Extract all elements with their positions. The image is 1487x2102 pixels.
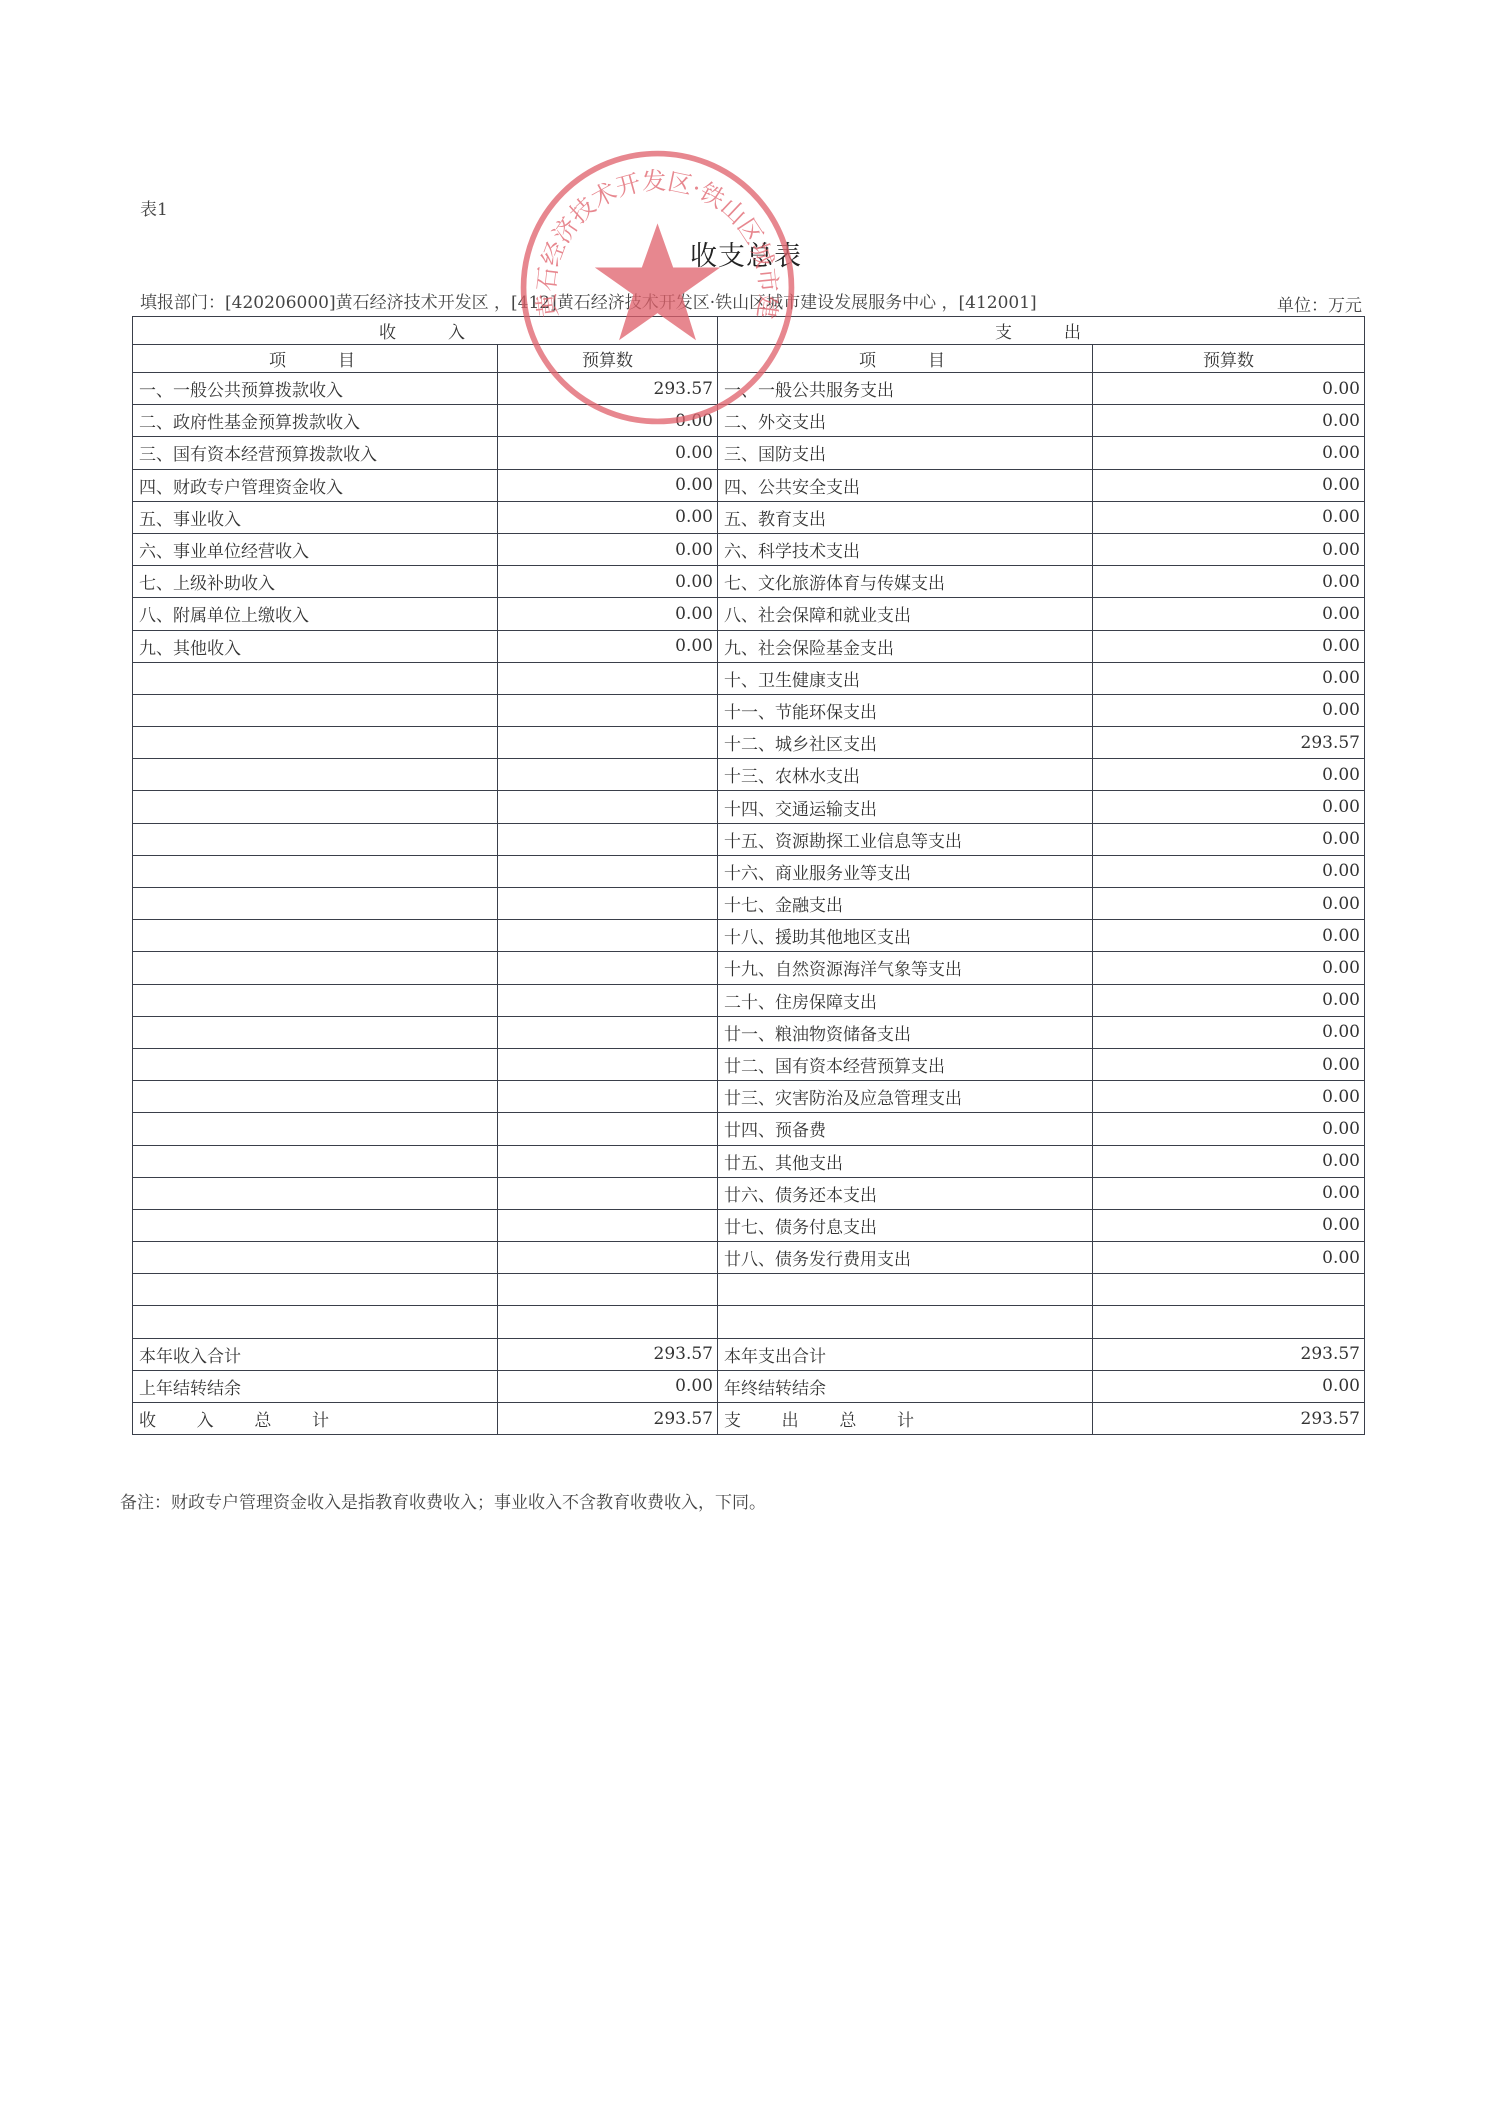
income-value-cell: 0.00 bbox=[498, 598, 718, 630]
table-label: 表1 bbox=[140, 195, 168, 220]
income-total-label: 本年收入合计 bbox=[133, 1338, 498, 1370]
expense-value-cell: 0.00 bbox=[1093, 855, 1365, 887]
expense-item-cell: 七、文化旅游体育与传媒支出 bbox=[718, 566, 1093, 598]
expense-item-cell: 十九、自然资源海洋气象等支出 bbox=[718, 952, 1093, 984]
expense-item-cell: 十一、节能环保支出 bbox=[718, 694, 1093, 726]
table-row: 廿一、粮油物资储备支出0.00 bbox=[133, 1016, 1365, 1048]
expense-value-cell: 0.00 bbox=[1093, 1177, 1365, 1209]
expense-value-cell: 0.00 bbox=[1093, 501, 1365, 533]
income-header: 收 入 bbox=[133, 317, 718, 345]
table-row: 十三、农林水支出0.00 bbox=[133, 759, 1365, 791]
income-expense-table: 收 入 支 出 项 目 预算数 项 目 预算数 一、一般公共预算拨款收入293.… bbox=[132, 316, 1365, 1435]
expense-item-cell: 廿八、债务发行费用支出 bbox=[718, 1242, 1093, 1274]
expense-value-cell: 0.00 bbox=[1093, 1048, 1365, 1080]
expense-item-cell: 十、卫生健康支出 bbox=[718, 662, 1093, 694]
expense-item-cell: 廿七、债务付息支出 bbox=[718, 1209, 1093, 1241]
table-row: 十、卫生健康支出0.00 bbox=[133, 662, 1365, 694]
income-item-cell bbox=[133, 791, 498, 823]
income-item-cell bbox=[133, 727, 498, 759]
income-value-cell: 0.00 bbox=[498, 437, 718, 469]
expense-value-cell bbox=[1093, 1306, 1365, 1338]
table-row: 五、事业收入0.00五、教育支出0.00 bbox=[133, 501, 1365, 533]
expense-item-cell: 十七、金融支出 bbox=[718, 888, 1093, 920]
expense-value-cell: 0.00 bbox=[1093, 952, 1365, 984]
expense-total-value: 293.57 bbox=[1093, 1338, 1365, 1370]
total-row: 本年收入合计293.57本年支出合计293.57 bbox=[133, 1338, 1365, 1370]
table-row: 四、财政专户管理资金收入0.00四、公共安全支出0.00 bbox=[133, 469, 1365, 501]
table-row: 廿二、国有资本经营预算支出0.00 bbox=[133, 1048, 1365, 1080]
income-value-cell bbox=[498, 1306, 718, 1338]
income-item-cell bbox=[133, 1209, 498, 1241]
expense-value-cell: 0.00 bbox=[1093, 437, 1365, 469]
income-item-cell bbox=[133, 662, 498, 694]
income-total-value: 0.00 bbox=[498, 1370, 718, 1402]
income-item-cell: 八、附属单位上缴收入 bbox=[133, 598, 498, 630]
expense-item-cell: 廿二、国有资本经营预算支出 bbox=[718, 1048, 1093, 1080]
income-item-cell bbox=[133, 1242, 498, 1274]
income-item-cell bbox=[133, 1177, 498, 1209]
expense-value-cell: 0.00 bbox=[1093, 469, 1365, 501]
expense-value-cell: 0.00 bbox=[1093, 566, 1365, 598]
expense-value-cell: 0.00 bbox=[1093, 1145, 1365, 1177]
income-item-cell bbox=[133, 694, 498, 726]
income-value-cell bbox=[498, 759, 718, 791]
income-item-cell bbox=[133, 888, 498, 920]
income-value-cell bbox=[498, 984, 718, 1016]
income-value-cell bbox=[498, 791, 718, 823]
footnote: 备注：财政专户管理资金收入是指教育收费收入；事业收入不含教育收费收入，下同。 bbox=[120, 1488, 766, 1513]
income-item-cell: 二、政府性基金预算拨款收入 bbox=[133, 405, 498, 437]
expense-value-cell: 0.00 bbox=[1093, 630, 1365, 662]
table-row: 十五、资源勘探工业信息等支出0.00 bbox=[133, 823, 1365, 855]
filler-department: 填报部门：[420206000]黄石经济技术开发区 ，[412]黄石经济技术开发… bbox=[140, 288, 1037, 313]
income-value-cell bbox=[498, 662, 718, 694]
table-row: 廿八、债务发行费用支出0.00 bbox=[133, 1242, 1365, 1274]
total-row: 收入总计293.57支出总计293.57 bbox=[133, 1403, 1365, 1435]
page-title: 收支总表 bbox=[690, 234, 802, 273]
income-budget-col-header: 预算数 bbox=[498, 345, 718, 373]
income-value-cell bbox=[498, 1177, 718, 1209]
income-total-label: 收入总计 bbox=[133, 1403, 498, 1435]
table-row: 六、事业单位经营收入0.00六、科学技术支出0.00 bbox=[133, 533, 1365, 565]
unit-label: 单位：万元 bbox=[1277, 291, 1362, 316]
expense-item-cell bbox=[718, 1306, 1093, 1338]
table-row: 十八、援助其他地区支出0.00 bbox=[133, 920, 1365, 952]
table-row: 十二、城乡社区支出293.57 bbox=[133, 727, 1365, 759]
expense-item-col-header: 项 目 bbox=[718, 345, 1093, 373]
expense-value-cell: 0.00 bbox=[1093, 373, 1365, 405]
expense-value-cell: 0.00 bbox=[1093, 1081, 1365, 1113]
expense-item-cell: 廿六、债务还本支出 bbox=[718, 1177, 1093, 1209]
income-item-cell: 一、一般公共预算拨款收入 bbox=[133, 373, 498, 405]
income-item-cell bbox=[133, 1081, 498, 1113]
table-row: 十一、节能环保支出0.00 bbox=[133, 694, 1365, 726]
expense-value-cell: 293.57 bbox=[1093, 727, 1365, 759]
income-item-cell bbox=[133, 1274, 498, 1306]
expense-item-cell: 廿五、其他支出 bbox=[718, 1145, 1093, 1177]
expense-value-cell: 0.00 bbox=[1093, 598, 1365, 630]
expense-value-cell: 0.00 bbox=[1093, 533, 1365, 565]
income-value-cell: 0.00 bbox=[498, 566, 718, 598]
expense-item-cell: 十四、交通运输支出 bbox=[718, 791, 1093, 823]
expense-total-label: 支出总计 bbox=[718, 1403, 1093, 1435]
table-row bbox=[133, 1274, 1365, 1306]
table-row: 廿七、债务付息支出0.00 bbox=[133, 1209, 1365, 1241]
expense-item-cell: 十五、资源勘探工业信息等支出 bbox=[718, 823, 1093, 855]
expense-value-cell: 0.00 bbox=[1093, 759, 1365, 791]
expense-value-cell: 0.00 bbox=[1093, 920, 1365, 952]
income-value-cell bbox=[498, 1016, 718, 1048]
table-row: 廿三、灾害防治及应急管理支出0.00 bbox=[133, 1081, 1365, 1113]
income-value-cell bbox=[498, 1209, 718, 1241]
expense-item-cell: 十八、援助其他地区支出 bbox=[718, 920, 1093, 952]
income-item-cell bbox=[133, 1016, 498, 1048]
table-row bbox=[133, 1306, 1365, 1338]
income-value-cell: 0.00 bbox=[498, 405, 718, 437]
expense-item-cell: 十六、商业服务业等支出 bbox=[718, 855, 1093, 887]
expense-item-cell: 五、教育支出 bbox=[718, 501, 1093, 533]
expense-value-cell: 0.00 bbox=[1093, 1113, 1365, 1145]
total-row: 上年结转结余0.00年终结转结余0.00 bbox=[133, 1370, 1365, 1402]
income-item-cell bbox=[133, 855, 498, 887]
income-total-value: 293.57 bbox=[498, 1338, 718, 1370]
expense-budget-col-header: 预算数 bbox=[1093, 345, 1365, 373]
income-item-cell: 五、事业收入 bbox=[133, 501, 498, 533]
income-item-cell: 六、事业单位经营收入 bbox=[133, 533, 498, 565]
expense-item-cell: 十二、城乡社区支出 bbox=[718, 727, 1093, 759]
income-item-cell bbox=[133, 1306, 498, 1338]
income-item-cell bbox=[133, 1145, 498, 1177]
income-item-cell: 三、国有资本经营预算拨款收入 bbox=[133, 437, 498, 469]
expense-value-cell: 0.00 bbox=[1093, 694, 1365, 726]
income-value-cell: 0.00 bbox=[498, 501, 718, 533]
expense-item-cell: 九、社会保险基金支出 bbox=[718, 630, 1093, 662]
expense-item-cell: 三、国防支出 bbox=[718, 437, 1093, 469]
expense-header: 支 出 bbox=[718, 317, 1365, 345]
section-header-row: 收 入 支 出 bbox=[133, 317, 1365, 345]
filler-value: [420206000]黄石经济技术开发区 ，[412]黄石经济技术开发区·铁山区… bbox=[225, 293, 1037, 313]
table-row: 廿四、预备费0.00 bbox=[133, 1113, 1365, 1145]
filler-label: 填报部门： bbox=[140, 293, 225, 313]
table-row: 九、其他收入0.00九、社会保险基金支出0.00 bbox=[133, 630, 1365, 662]
income-value-cell bbox=[498, 1113, 718, 1145]
table-row: 廿六、债务还本支出0.00 bbox=[133, 1177, 1365, 1209]
table-row: 八、附属单位上缴收入0.00八、社会保障和就业支出0.00 bbox=[133, 598, 1365, 630]
expense-item-cell: 四、公共安全支出 bbox=[718, 469, 1093, 501]
expense-item-cell: 二十、住房保障支出 bbox=[718, 984, 1093, 1016]
income-value-cell bbox=[498, 727, 718, 759]
income-value-cell bbox=[498, 888, 718, 920]
income-value-cell: 0.00 bbox=[498, 469, 718, 501]
table-row: 十六、商业服务业等支出0.00 bbox=[133, 855, 1365, 887]
table-row: 一、一般公共预算拨款收入293.57一、一般公共服务支出0.00 bbox=[133, 373, 1365, 405]
table-row: 七、上级补助收入0.00七、文化旅游体育与传媒支出0.00 bbox=[133, 566, 1365, 598]
expense-value-cell bbox=[1093, 1274, 1365, 1306]
income-item-cell: 四、财政专户管理资金收入 bbox=[133, 469, 498, 501]
table-row: 十九、自然资源海洋气象等支出0.00 bbox=[133, 952, 1365, 984]
income-value-cell bbox=[498, 952, 718, 984]
income-value-cell: 0.00 bbox=[498, 630, 718, 662]
expense-value-cell: 0.00 bbox=[1093, 888, 1365, 920]
income-value-cell bbox=[498, 823, 718, 855]
table-row: 十七、金融支出0.00 bbox=[133, 888, 1365, 920]
column-header-row: 项 目 预算数 项 目 预算数 bbox=[133, 345, 1365, 373]
expense-total-value: 293.57 bbox=[1093, 1403, 1365, 1435]
income-value-cell bbox=[498, 920, 718, 952]
expense-value-cell: 0.00 bbox=[1093, 662, 1365, 694]
expense-item-cell: 一、一般公共服务支出 bbox=[718, 373, 1093, 405]
expense-item-cell: 十三、农林水支出 bbox=[718, 759, 1093, 791]
expense-value-cell: 0.00 bbox=[1093, 1016, 1365, 1048]
income-item-cell bbox=[133, 1048, 498, 1080]
table-row: 十四、交通运输支出0.00 bbox=[133, 791, 1365, 823]
income-total-label: 上年结转结余 bbox=[133, 1370, 498, 1402]
expense-item-cell: 八、社会保障和就业支出 bbox=[718, 598, 1093, 630]
expense-value-cell: 0.00 bbox=[1093, 405, 1365, 437]
income-value-cell bbox=[498, 1048, 718, 1080]
income-value-cell bbox=[498, 855, 718, 887]
income-value-cell bbox=[498, 1145, 718, 1177]
expense-item-cell: 廿一、粮油物资储备支出 bbox=[718, 1016, 1093, 1048]
income-item-cell bbox=[133, 759, 498, 791]
table-row: 廿五、其他支出0.00 bbox=[133, 1145, 1365, 1177]
expense-item-cell bbox=[718, 1274, 1093, 1306]
expense-total-value: 0.00 bbox=[1093, 1370, 1365, 1402]
income-item-col-header: 项 目 bbox=[133, 345, 498, 373]
income-item-cell bbox=[133, 920, 498, 952]
income-value-cell: 0.00 bbox=[498, 533, 718, 565]
expense-item-cell: 二、外交支出 bbox=[718, 405, 1093, 437]
income-value-cell bbox=[498, 1242, 718, 1274]
income-value-cell bbox=[498, 1274, 718, 1306]
income-value-cell bbox=[498, 1081, 718, 1113]
expense-value-cell: 0.00 bbox=[1093, 823, 1365, 855]
income-item-cell: 七、上级补助收入 bbox=[133, 566, 498, 598]
expense-total-label: 年终结转结余 bbox=[718, 1370, 1093, 1402]
expense-item-cell: 廿三、灾害防治及应急管理支出 bbox=[718, 1081, 1093, 1113]
expense-item-cell: 廿四、预备费 bbox=[718, 1113, 1093, 1145]
income-item-cell bbox=[133, 1113, 498, 1145]
income-item-cell bbox=[133, 823, 498, 855]
expense-value-cell: 0.00 bbox=[1093, 984, 1365, 1016]
income-item-cell bbox=[133, 984, 498, 1016]
table-row: 三、国有资本经营预算拨款收入0.00三、国防支出0.00 bbox=[133, 437, 1365, 469]
expense-value-cell: 0.00 bbox=[1093, 1209, 1365, 1241]
expense-item-cell: 六、科学技术支出 bbox=[718, 533, 1093, 565]
income-item-cell: 九、其他收入 bbox=[133, 630, 498, 662]
table-row: 二十、住房保障支出0.00 bbox=[133, 984, 1365, 1016]
expense-value-cell: 0.00 bbox=[1093, 1242, 1365, 1274]
table-row: 二、政府性基金预算拨款收入0.00二、外交支出0.00 bbox=[133, 405, 1365, 437]
expense-total-label: 本年支出合计 bbox=[718, 1338, 1093, 1370]
income-item-cell bbox=[133, 952, 498, 984]
expense-value-cell: 0.00 bbox=[1093, 791, 1365, 823]
income-total-value: 293.57 bbox=[498, 1403, 718, 1435]
income-value-cell: 293.57 bbox=[498, 373, 718, 405]
income-value-cell bbox=[498, 694, 718, 726]
